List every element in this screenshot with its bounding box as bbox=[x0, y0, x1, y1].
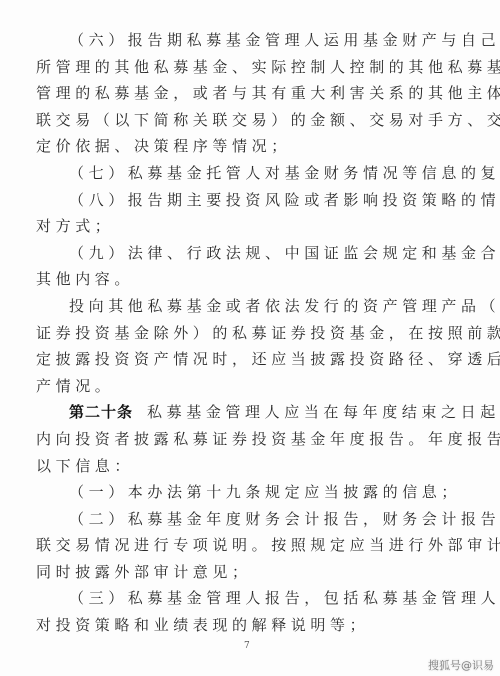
text-line: （七）私募基金托管人对基金财务情况等信息的复核意见； bbox=[36, 160, 458, 187]
document-page: （六）报告期私募基金管理人运用基金财产与自己、投资者、 所管理的其他私募基金、实… bbox=[0, 0, 500, 676]
text-line: 内向投资者披露私募证券投资基金年度报告。年度报告应当包括 bbox=[36, 426, 458, 453]
text-line: 以下信息： bbox=[36, 453, 458, 480]
article-heading: 第二十条 bbox=[69, 403, 133, 421]
text-line: 联交易（以下简称关联交易）的金额、交易对手方、交易价格、 bbox=[36, 107, 458, 134]
article-first-line: 私募基金管理人应当在每年度结束之日起四个月 bbox=[147, 403, 500, 421]
text-line: （一）本办法第十九条规定应当披露的信息； bbox=[36, 479, 458, 506]
text-line: 投向其他私募基金或者依法发行的资产管理产品（公开募集 bbox=[36, 293, 458, 320]
text-line: 同时披露外部审计意见； bbox=[36, 559, 458, 586]
text-line: 对投资策略和业绩表现的解释说明等； bbox=[36, 612, 458, 639]
text-line: （三）私募基金管理人报告，包括私募基金管理人基本情况、 bbox=[36, 585, 458, 612]
text-line: （九）法律、行政法规、中国证监会规定和基金合同约定的 bbox=[36, 240, 458, 267]
text-line: 证券投资基金除外）的私募证券投资基金，在按照前款第四项规 bbox=[36, 320, 458, 347]
text-line: 产情况。 bbox=[36, 373, 458, 400]
text-line: 其他内容。 bbox=[36, 266, 458, 293]
watermark: 搜狐号@识易 bbox=[428, 657, 494, 673]
text-line: （六）报告期私募基金管理人运用基金财产与自己、投资者、 bbox=[36, 27, 458, 54]
text-line: 所管理的其他私募基金、实际控制人控制的其他私募基金管理人 bbox=[36, 54, 458, 81]
text-line: 对方式； bbox=[36, 213, 458, 240]
text-line: 定价依据、决策程序等情况； bbox=[36, 133, 458, 160]
text-line: 定披露投资资产情况时，还应当披露投资路径、穿透后的投资资 bbox=[36, 346, 458, 373]
text-line: 联交易情况进行专项说明。按照规定应当进行外部审计的，应当 bbox=[36, 532, 458, 559]
document-body: （六）报告期私募基金管理人运用基金财产与自己、投资者、 所管理的其他私募基金、实… bbox=[36, 27, 458, 639]
page-number: 7 bbox=[244, 641, 250, 651]
article-20-line: 第二十条私募基金管理人应当在每年度结束之日起四个月 bbox=[36, 399, 458, 426]
text-line: （八）报告期主要投资风险或者影响投资策略的情况以及应 bbox=[36, 187, 458, 214]
text-line: （二）私募基金年度财务会计报告，财务会计报告应当对关 bbox=[36, 506, 458, 533]
text-line: 管理的私募基金，或者与其有重大利害关系的其他主体进行的关 bbox=[36, 80, 458, 107]
